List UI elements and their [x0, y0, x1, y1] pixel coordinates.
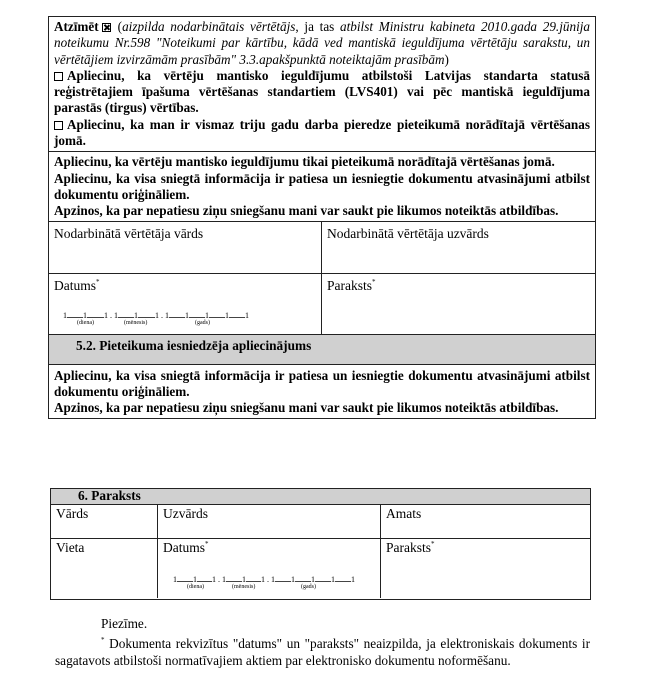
- day-caption: (diena): [187, 583, 204, 591]
- note-title: Piezīme.: [55, 616, 590, 632]
- standards-checkbox-row[interactable]: Apliecinu, ka vērtēju mantisko ieguldīju…: [54, 68, 590, 117]
- asterisk-marker: *: [372, 278, 376, 286]
- section-5-2-title: 5.2. Pieteikuma iesniedzēja apliecinājum…: [49, 335, 595, 354]
- signer-signature-field[interactable]: Paraksts*: [381, 539, 590, 598]
- applicant-statements-cell: Apliecinu, ka visa sniegtā informācija i…: [49, 365, 595, 419]
- note-body: Dokumenta rekvizītus "datums" un "paraks…: [55, 636, 590, 667]
- month-caption: (mēnesis): [232, 583, 255, 591]
- statement: Apzinos, ka par nepatiesu ziņu sniegšanu…: [54, 400, 590, 416]
- section-5-2-header: 5.2. Pieteikuma iesniedzēja apliecinājum…: [49, 335, 595, 365]
- applicant-declaration-table: Atzīmēt(aizpilda nodarbinātais vērtētājs…: [48, 16, 596, 419]
- mark-label: Atzīmēt: [54, 19, 99, 34]
- evaluator-first-name-label: Nodarbinātā vērtētāja vārds: [54, 226, 203, 241]
- evaluator-checklist-cell: Atzīmēt(aizpilda nodarbinātais vērtētājs…: [49, 17, 595, 152]
- signer-name-row: Vārds Uzvārds Amats: [51, 505, 590, 539]
- first-name-label: Vārds: [56, 506, 88, 521]
- month-caption: (mēnesis): [124, 319, 147, 327]
- mark-instruction-1: aizpilda nodarbinātais vērtētājs: [122, 19, 295, 34]
- evaluator-signature-field[interactable]: Paraksts*: [322, 274, 595, 334]
- evaluator-last-name-label: Nodarbinātā vērtētāja uzvārds: [327, 226, 489, 241]
- place-label: Vieta: [56, 540, 84, 555]
- statement: Apliecinu, ka visa sniegtā informācija i…: [54, 368, 590, 401]
- evaluator-date-signature-row: Datums* 11(diena)1 . 11(mēnesis)1 . 11(g…: [49, 274, 595, 335]
- checked-box-icon: [102, 23, 111, 32]
- evaluator-statements-cell: Apliecinu, ka vērtēju mantisko ieguldīju…: [49, 152, 595, 221]
- statement: Apzinos, ka par nepatiesu ziņu sniegšanu…: [54, 203, 590, 219]
- date-label: Datums: [54, 278, 96, 293]
- signer-first-name-field[interactable]: Vārds: [51, 505, 158, 538]
- statement: Apliecinu, ka vērtēju mantisko ieguldīju…: [54, 154, 590, 170]
- experience-checkbox-row[interactable]: Apliecinu, ka man ir vismaz triju gadu d…: [54, 117, 590, 150]
- signature-label: Paraksts: [386, 540, 431, 555]
- year-caption: (gads): [301, 583, 316, 591]
- date-format-pattern[interactable]: 11(diena)1 . 11(mēnesis)1 . 11(gads)111: [173, 575, 355, 584]
- evaluator-last-name-field[interactable]: Nodarbinātā vērtētāja uzvārds: [322, 222, 595, 273]
- signature-label: Paraksts: [327, 278, 372, 293]
- year-caption: (gads): [195, 319, 210, 327]
- signer-date-field[interactable]: Datums* 11(diena)1 . 11(mēnesis)1 . 11(g…: [158, 539, 381, 598]
- signer-last-name-field[interactable]: Uzvārds: [158, 505, 381, 538]
- day-caption: (diena): [77, 319, 94, 327]
- signature-table: 6. Paraksts Vārds Uzvārds Amats Vieta Da…: [50, 488, 591, 600]
- evaluator-first-name-field[interactable]: Nodarbinātā vērtētāja vārds: [49, 222, 322, 273]
- mark-instruction-2: , ja tas: [295, 19, 340, 34]
- signer-place-field[interactable]: Vieta: [51, 539, 158, 598]
- checkbox-empty-icon[interactable]: [54, 72, 63, 81]
- evaluator-date-field[interactable]: Datums* 11(diena)1 . 11(mēnesis)1 . 11(g…: [49, 274, 322, 334]
- note-text: * Dokumenta rekvizītus "datums" un "para…: [55, 632, 590, 669]
- asterisk-marker: *: [101, 636, 105, 644]
- date-label: Datums: [163, 540, 205, 555]
- statement: Apliecinu, ka visa sniegtā informācija i…: [54, 171, 590, 204]
- asterisk-marker: *: [205, 540, 209, 548]
- asterisk-marker: *: [431, 540, 435, 548]
- asterisk-marker: *: [96, 278, 100, 286]
- footnote: Piezīme. * Dokumenta rekvizītus "datums"…: [55, 616, 590, 669]
- date-format-pattern[interactable]: 11(diena)1 . 11(mēnesis)1 . 11(gads)111: [63, 311, 249, 320]
- signer-place-date-row: Vieta Datums* 11(diena)1 . 11(mēnesis)1 …: [51, 539, 590, 598]
- paren-close: ): [445, 52, 449, 67]
- experience-checkbox-label: Apliecinu, ka man ir vismaz triju gadu d…: [54, 117, 590, 148]
- section-6-header: 6. Paraksts: [51, 489, 590, 505]
- checkbox-empty-icon[interactable]: [54, 121, 63, 130]
- standards-checkbox-label: Apliecinu, ka vērtēju mantisko ieguldīju…: [54, 68, 590, 116]
- signer-position-field[interactable]: Amats: [381, 505, 590, 538]
- section-6-title: 6. Paraksts: [51, 489, 590, 503]
- evaluator-name-row: Nodarbinātā vērtētāja vārds Nodarbinātā …: [49, 222, 595, 274]
- position-label: Amats: [386, 506, 421, 521]
- last-name-label: Uzvārds: [163, 506, 208, 521]
